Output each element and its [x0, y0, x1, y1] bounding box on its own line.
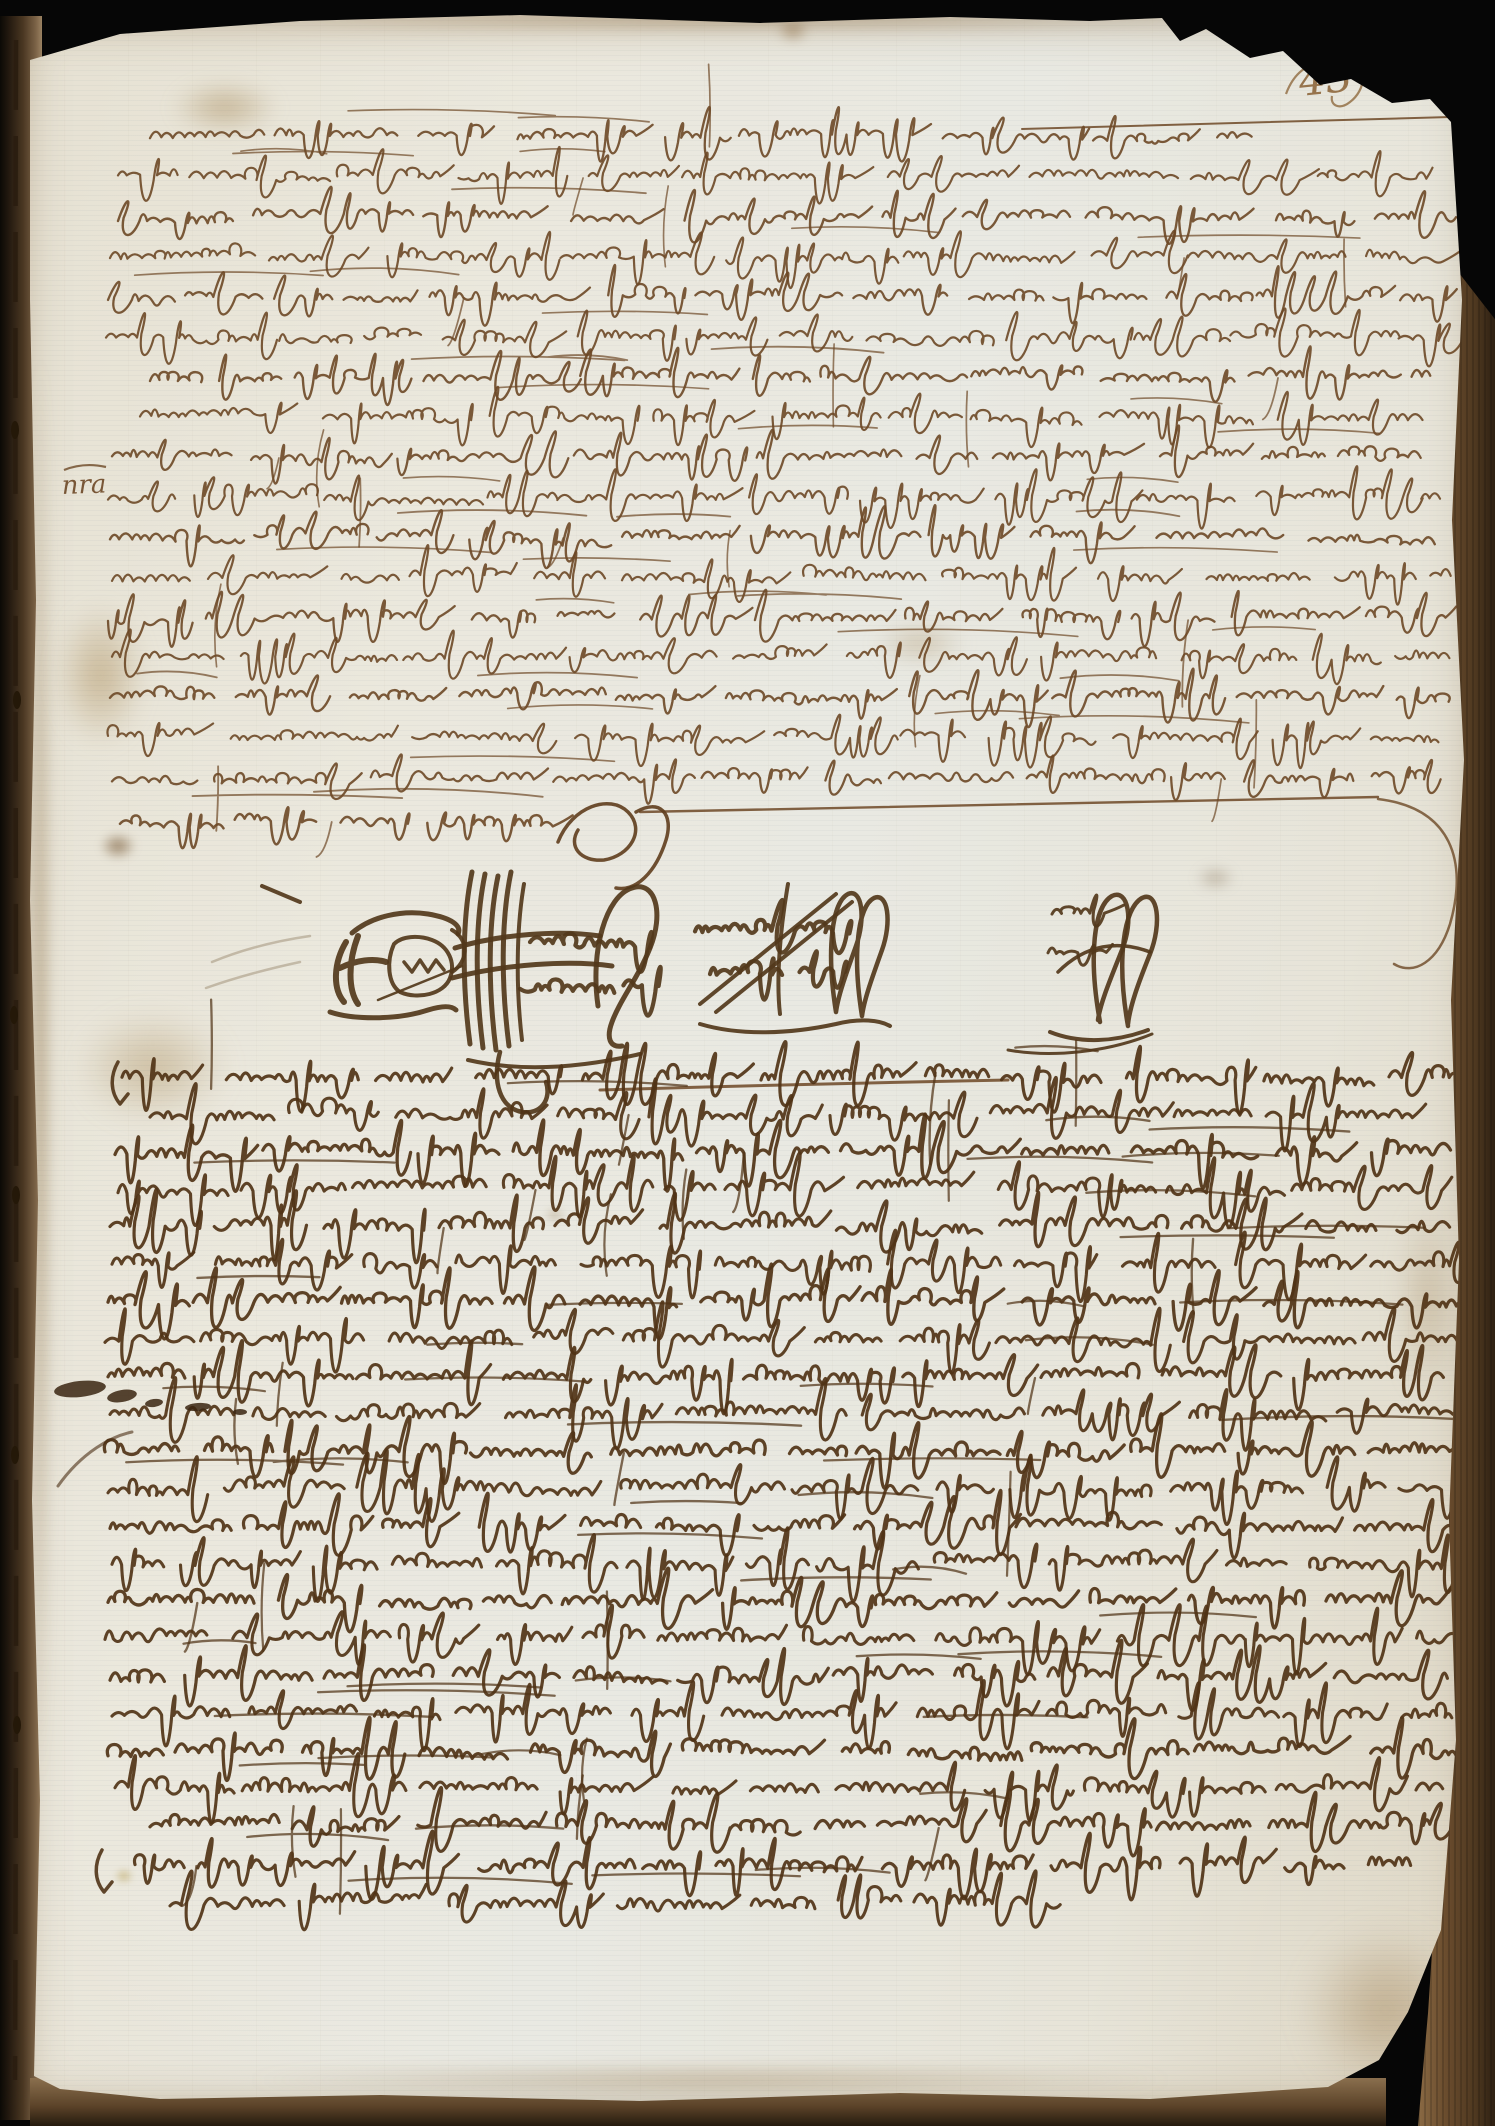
handwritten-line-block2 — [112, 1528, 1456, 1602]
signature-stroke — [518, 884, 524, 1040]
handwritten-flourish-block1 — [317, 430, 1178, 507]
signature-stroke — [352, 913, 459, 934]
signature-stroke — [1050, 1030, 1148, 1040]
signature-stroke — [404, 960, 444, 972]
handwritten-line-block1 — [108, 466, 1440, 528]
handwritten-flourish-block2 — [631, 1492, 932, 1503]
manuscript-photo: 43 nra — [0, 0, 1495, 2126]
handwritten-line-block1 — [140, 387, 1422, 448]
handwritten-flourish-block1 — [348, 64, 710, 147]
handwritten-line-block1 — [112, 426, 1421, 484]
handwritten-line-block1 — [108, 590, 1456, 647]
ink-smear — [58, 1432, 132, 1486]
handwritten-line-block1 — [112, 755, 1441, 804]
handwritten-line-block1 — [150, 346, 1430, 405]
handwritten-line-block2 — [134, 1831, 1410, 1900]
signature-stroke — [330, 1007, 456, 1018]
marginal-note: nra — [61, 469, 107, 501]
handwritten-line-block1 — [150, 107, 1252, 162]
edge-flourish — [1378, 799, 1457, 968]
handwritten-line-block1 — [112, 545, 1451, 604]
faint-pencil-marks — [206, 936, 310, 988]
handwritten-flourish-block1 — [536, 591, 901, 603]
handwritten-flourish-block1 — [452, 188, 646, 193]
signature-stroke — [1122, 897, 1157, 1026]
handwritten-flourish-block2 — [240, 1739, 587, 1801]
ink-blot — [106, 1387, 138, 1404]
signature-stroke — [700, 1020, 890, 1032]
signature-stroke — [490, 876, 498, 1050]
signature-stroke — [262, 886, 300, 902]
handwritten-line-block2 — [107, 1717, 1456, 1780]
ink-blot — [233, 1409, 247, 1415]
ink-blot — [145, 1398, 164, 1408]
thread-line — [15, 40, 16, 2080]
handwritten-flourish-block1 — [664, 186, 1360, 295]
paragraph-mark — [112, 1062, 128, 1104]
signature-stroke — [477, 874, 485, 1048]
handwritten-line-block2 — [110, 1490, 1474, 1558]
handwritten-flourish-block2 — [215, 1714, 1088, 1718]
handwritten-line-block1 — [110, 231, 1461, 288]
handwritten-flourish-block2 — [340, 1809, 890, 1914]
handwritten-flourish-block1 — [543, 311, 708, 314]
handwritten-line-block2 — [112, 1230, 1469, 1301]
signature-stroke — [468, 1054, 640, 1067]
handwritten-line-block1 — [110, 505, 1435, 568]
ruled-pen-line — [1022, 117, 1450, 129]
manuscript-page: 43 nra — [0, 0, 1495, 2126]
signature-stroke — [503, 872, 511, 1046]
closing-paraph — [558, 804, 668, 889]
handwritten-line-block2 — [150, 1788, 1454, 1856]
handwritten-line-block1 — [110, 669, 1450, 727]
ink-blot — [53, 1378, 106, 1399]
handwritten-line-block1 — [112, 629, 1449, 684]
handwritten-flourish-block1 — [233, 149, 605, 215]
signature-scribble — [1052, 895, 1124, 926]
sewing-thread — [0, 0, 40, 2126]
folio-number: 43 — [1295, 52, 1354, 106]
paragraph-mark — [96, 1850, 112, 1892]
handwriting-layer: 43 nra — [0, 0, 1495, 2126]
handwritten-text — [53, 64, 1473, 1930]
handwritten-flourish-block1 — [412, 347, 1278, 420]
ruled-pen-line — [640, 797, 1378, 812]
handwritten-line-block1 — [120, 807, 573, 848]
signature-stroke — [464, 872, 472, 1044]
handwritten-line-block1 — [118, 147, 1432, 204]
signature-stroke — [336, 936, 386, 1004]
